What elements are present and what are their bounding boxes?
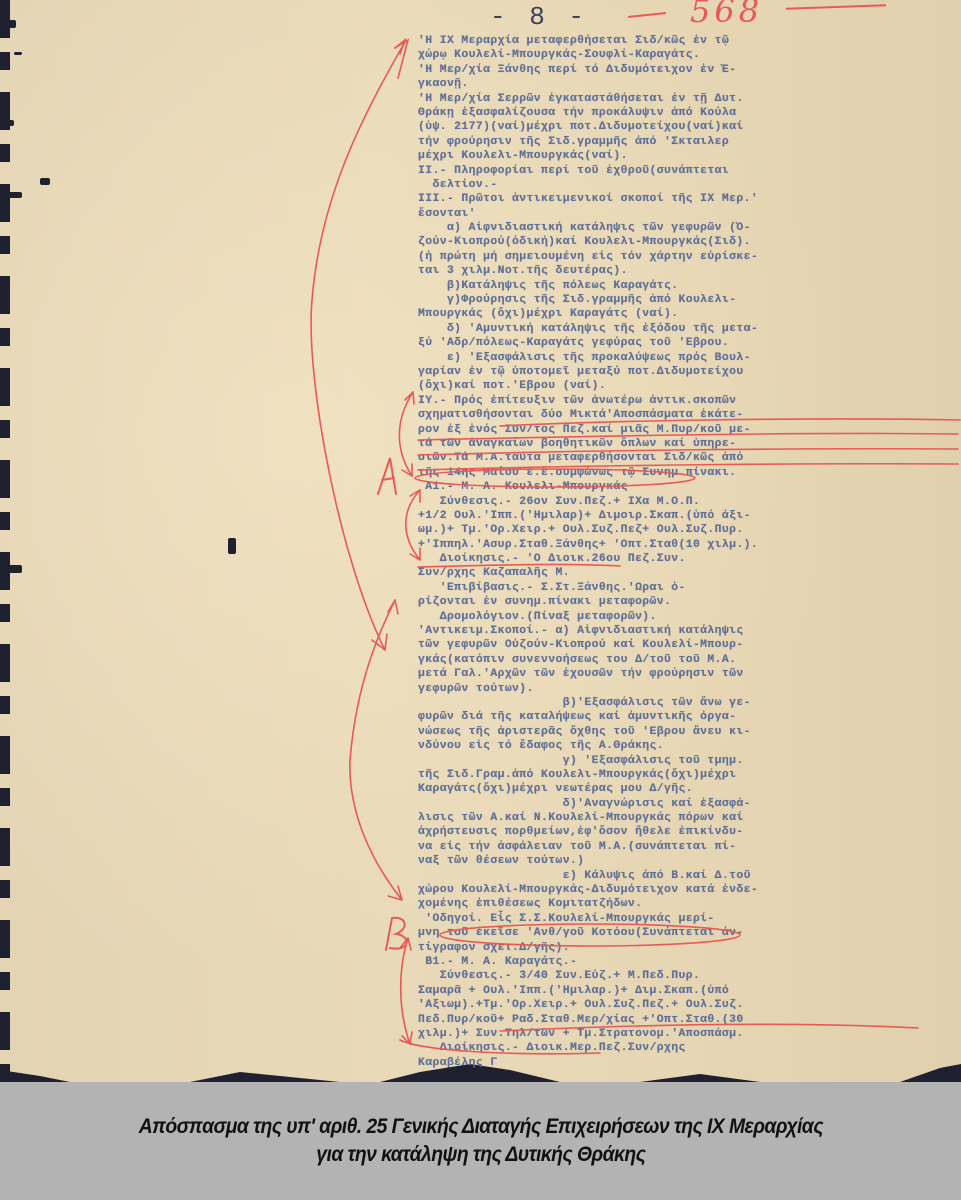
letter-a [378,458,396,494]
text-line: δ) 'Αμυντική κατάληψις τῆς ἐξόδου τῆς με… [418,322,958,336]
text-line: τῆς 14ης Μαΐου ἐ.ἔ.συμφώνως τῷ Συνημ.πίν… [418,466,958,480]
text-line: νώσεως τῆς ἀριστερᾶς ὄχθης τοῦ 'Εβρου ἄν… [418,725,958,739]
text-line: 'Επιβίβασις.- Σ.Στ.Ξάνθης.'Ωραι ὁ- [418,581,958,595]
text-line: νδύνου εἰς τό ἔδαφος τῆς Α.Θράκης. [418,739,958,753]
text-line: γαρίαν ἐν τῷ ὑποτομεῖ μεταξύ ποτ.Διδυμοτ… [418,365,958,379]
text-line: τήν φρούρησιν τῆς Σιδ.γραμμῆς ἀπό 'Σκται… [418,135,958,149]
text-line: Διοίκησις.- 'Ο Διοικ.26ου Πεζ.Συν. [418,552,958,566]
text-line: ξύ 'Αδρ/πόλεως-Καραγάτς γεφύρας τοῦ 'Εβρ… [418,336,958,350]
text-line: δελτίον.- [418,178,958,192]
text-line: 'Αξιωμ).+Τμ.'Ορ.Χειρ.+ Ουλ.Συζ.Πεζ.+ Ουλ… [418,998,958,1012]
binding-edge [0,0,10,1082]
letter-b [386,918,407,950]
text-line: (ὑψ. 2177)(ναί)μέχρι ποτ.Διδυμοτείχου(να… [418,120,958,134]
a-arrow-upper [399,392,413,476]
text-line: (ὄχι)καί ποτ.'Εβρου (ναί). [418,379,958,393]
ink-speck [14,52,22,55]
text-line: β)Κατάληψις τῆς πόλεως Καραγάτς. [418,279,958,293]
archive-number: 568 [690,0,763,30]
text-line: α) Αἰφνιδιαστική κατάληψις τῶν γεφυρῶν (… [418,221,958,235]
long-arc-top [311,42,405,650]
text-line: Σύνθεσις.- 3/40 Συν.Εὐζ.+ Μ.Πεδ.Πυρ. [418,969,958,983]
text-line: μέχρι Κουλελι-Μπουργκάς(ναί). [418,149,958,163]
text-line: τά τῶν ἀναγκαίων βοηθητικῶν ὅπλων καί ὑπ… [418,437,958,451]
page-number: - 8 - [490,2,588,32]
text-line: 'Η ΙΧ Μεραρχία μεταφερθήσεται Σιδ/κῶς ἐν… [418,34,958,48]
caption-line-2: για την κατάληψη της Δυτικής Θράκης [316,1141,645,1169]
binding-notch [0,20,16,28]
text-line: ΙΙΙ.- Πρῶτοι ἀντικειμενικοί σκοποί τῆς Ι… [418,192,958,206]
text-line: Σύνθεσις.- 26ον Συν.Πεζ.+ ΙΧα Μ.Ο.Π. [418,495,958,509]
text-line: Διοίκησις.- Διοικ.Μερ.Πεζ.Συν/ρχης [418,1041,958,1055]
text-line: δ)'Αναγνώρισις καί ἐξασφά- [418,797,958,811]
text-line: να εἰς τήν ἀσφάλειαν τοῦ Μ.Α.(συνάπτεται… [418,840,958,854]
text-line: β)'Εξασφάλισις τῶν ἄνω γε- [418,696,958,710]
long-arc-bottom [350,600,402,900]
text-line: γκαονῇ. [418,77,958,91]
text-line: ρον ἐξ ἑνός Συν/τος Πεζ.καί μιᾶς Μ.Πυρ/κ… [418,423,958,437]
text-line: Πεδ.Πυρ/κοῦ+ Ραδ.Σταθ.Μερ/χίας +'Οπτ.Στα… [418,1013,958,1027]
text-line: σχηματισθήσονται δύο Μικτά'Αποσπάσματα ἑ… [418,408,958,422]
text-line: +1/2 Ουλ.'Ιππ.('Ημιλαρ)+ Διμοιρ.Σκαπ.(ὑπ… [418,509,958,523]
text-line: σιῶν.Τά Μ.Α.ταῦτα μεταφερθήσονται Σιδ/κῶ… [418,451,958,465]
text-line: Θράκῃ ἐξασφαλίζουσα τήν προκάλυψιν ἀπό Κ… [418,106,958,120]
text-line: Μπουργκάς (ὄχι)μέχρι Καραγάτς (ναί). [418,307,958,321]
mark-one [395,40,408,78]
text-line: Α1.- Μ. Α. Κουλελι-Μπουργκάς [418,480,958,494]
typewritten-text: 'Η ΙΧ Μεραρχία μεταφερθήσεται Σιδ/κῶς ἐν… [418,34,958,1070]
ink-speck [228,538,236,554]
text-line: μετά Γαλ.'Αρχῶν τῶν ἐχουσῶν τήν φρούρησι… [418,667,958,681]
text-line: ζούν-Κιοπρού(ὁδική)καί Κουλελι-Μπουργκάς… [418,235,958,249]
binding-notch [0,192,22,198]
document-scan: - 8 - 568 'Η ΙΧ Μεραρχία μεταφερθήσεται … [0,0,961,1082]
text-line: 'Αντικειμ.Σκοποί.- α) Αἰφνιδιαστική κατά… [418,624,958,638]
text-line: ΙΥ.- Πρός ἐπίτευξιν τῶν ἀνωτέρω ἀντικ.σκ… [418,394,958,408]
text-line: Β1.- Μ. Α. Καραγάτς.- [418,955,958,969]
text-line: ΙΙ.- Πληροφορίαι περί τοῦ ἐχθροῦ(συνάπτε… [418,164,958,178]
text-line: 'Η Μερ/χία Σερρῶν ἐγκαταστάθήσεται ἐν τῇ… [418,92,958,106]
text-line: ωμ.)+ Τμ.'Ορ.Χειρ.+ Ουλ.Συζ.Πεζ+ Ουλ.Συζ… [418,523,958,537]
binding-notch [0,120,14,126]
text-line: φυρῶν διά τῆς καταλήψεως καί ἀμυντικῆς ὀ… [418,710,958,724]
text-line: χιλμ.)+ Συν.Τηλ/τῶν + Τμ.Στρατονομ.'Αποσ… [418,1027,958,1041]
text-line: γ)Φρούρησις τῆς Σιδ.γραμμῆς ἀπό Κουλελι- [418,293,958,307]
b-arrow [401,938,410,1044]
text-line: ἔσονται' [418,207,958,221]
ink-speck [40,178,50,185]
text-line: Συν/ρχης Καζαπαλῆς Μ. [418,566,958,580]
text-line: Καραβέλης Γ [418,1056,958,1070]
text-line: τίγραφον σχετ.Δ/γῆς). [418,941,958,955]
archive-underline [628,12,666,18]
archive-underline [786,4,886,9]
text-line: γκάς(κατόπιν συνεννοήσεως του Δ/τοῦ τοῦ … [418,653,958,667]
text-line: (ἡ πρώτη μή σημειουμένη εἰς τόν χάρτην ε… [418,250,958,264]
text-line: λισις τῶν Α.καί Ν.Κουλελί-Μπουργκάς πόρω… [418,811,958,825]
text-line: γ) 'Εξασφάλισις τοῦ τμημ. [418,754,958,768]
text-line: ναξ τῶν θέσεων τούτων.) [418,854,958,868]
text-line: χώρῳ Κουλελί-Μπουργκάς-Σουφλί-Καραγάτς. [418,48,958,62]
text-line: γεφυρῶν τούτων). [418,682,958,696]
image-caption: Απόσπασμα της υπ' αριθ. 25 Γενικής Διατα… [0,1082,961,1200]
text-line: +'Ιππηλ.'Ασυρ.Σταθ.Ξάνθης+ 'Οπτ.Σταθ(10 … [418,538,958,552]
text-line: μνη τοῦ ἐκεῖσε 'Ανθ/γοῦ Κοτόου(Συνάπτετα… [418,926,958,940]
text-line: ε) 'Εξασφάλισις τῆς προκαλύψεως πρός Βου… [418,351,958,365]
text-line: χώρου Κουλελί-Μπουργκάς-Διδυμότειχον κατ… [418,883,958,897]
caption-line-1: Απόσπασμα της υπ' αριθ. 25 Γενικής Διατα… [138,1113,822,1141]
text-line: ται 3 χιλμ.Νοτ.τῆς δευτέρας). [418,264,958,278]
text-line: Σαμαρᾶ + Ουλ.'Ιππ.('Ημιλαρ.)+ Διμ.Σκαπ.(… [418,984,958,998]
text-line: τῆς Σιδ.Γραμ.ἀπό Κουλελι-Μπουργκάς(ὄχι)μ… [418,768,958,782]
text-line: 'Η Μερ/χία Ξάνθης περί τό Διδυμότειχον ἐ… [418,63,958,77]
text-line: ε) Κάλυψις ἀπό Β.καί Δ.τοῦ [418,869,958,883]
text-line: χομένης ἐπιθέσεως Κομιτατζήδων. [418,897,958,911]
text-line: τῶν γεφυρῶν Οὐζούν-Κιοπρού καί Κουλελί-Μ… [418,638,958,652]
text-line: Δρομολόγιον.(Πίναξ μεταφορῶν). [418,610,958,624]
binding-notch [0,565,22,573]
text-line: Καραγάτς(ὄχι)μέχρι νεωτέρας μου Δ/γῆς. [418,782,958,796]
text-line: ἀχρήστευσις πορθμείων,ἐφ'ὅσον ἤθελε ἐπικ… [418,825,958,839]
text-line: 'Οδηγοί. Εἷς Σ.Σ.Κουλελί-Μπουργκάς μερί- [418,912,958,926]
text-line: ρίζονται ἐν συνημ.πίνακι μεταφορῶν. [418,595,958,609]
